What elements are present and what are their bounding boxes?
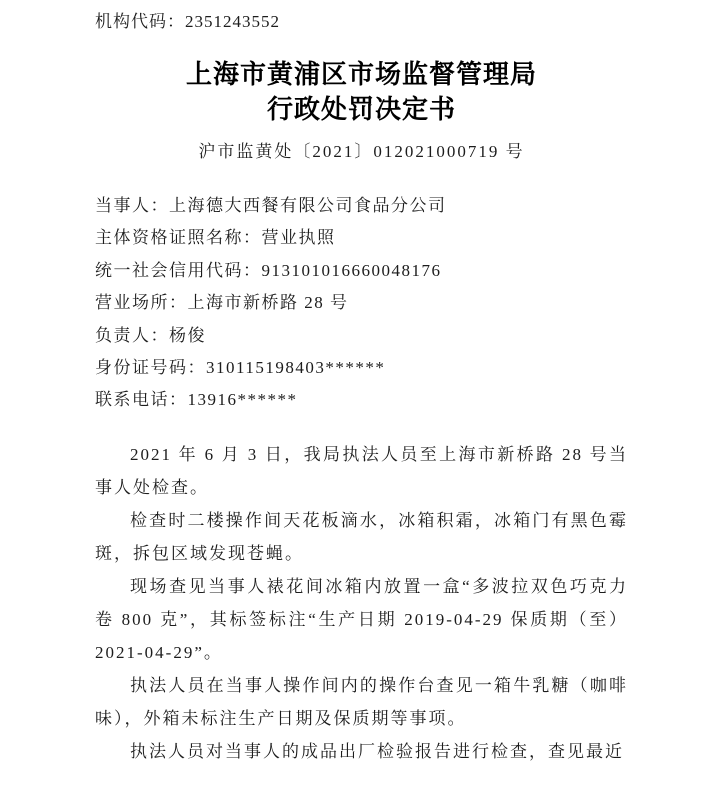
party-field-phone: 联系电话：13916****** <box>95 384 628 416</box>
party-field-id-number: 身份证号码：310115198403****** <box>95 352 628 384</box>
document-body: 2021 年 6 月 3 日，我局执法人员至上海市新桥路 28 号当事人处检查。… <box>95 438 628 768</box>
party-field-credit-code-label: 统一社会信用代码： <box>95 261 262 280</box>
document-title-line1: 上海市黄浦区市场监督管理局 <box>95 57 628 92</box>
party-field-business-address-label: 营业场所： <box>95 293 188 312</box>
body-paragraph-inspection-reports: 执法人员对当事人的成品出厂检验报告进行检查，查见最近 <box>95 735 628 768</box>
party-field-credit-code: 统一社会信用代码：913101016660048176 <box>95 255 628 287</box>
body-paragraph-site-conditions: 检查时二楼操作间天花板滴水，冰箱积霜，冰箱门有黑色霉斑，拆包区域发现苍蝇。 <box>95 504 628 570</box>
party-field-name-value: 上海德大西餐有限公司食品分公司 <box>169 196 447 215</box>
party-field-license-type: 主体资格证照名称：营业执照 <box>95 222 628 254</box>
document-title: 上海市黄浦区市场监督管理局 行政处罚决定书 <box>95 57 628 127</box>
party-field-credit-code-value: 913101016660048176 <box>262 261 442 280</box>
body-paragraph-unlabeled-box: 执法人员在当事人操作间内的操作台查见一箱牛乳糖（咖啡味），外箱未标注生产日期及保… <box>95 669 628 735</box>
org-code-value: 2351243552 <box>185 12 280 31</box>
org-code-line: 机构代码：2351243552 <box>95 12 628 32</box>
document-number: 沪市监黄处〔2021〕012021000719 号 <box>95 140 628 164</box>
party-field-phone-label: 联系电话： <box>95 390 188 409</box>
party-info-section: 当事人：上海德大西餐有限公司食品分公司 主体资格证照名称：营业执照 统一社会信用… <box>95 190 628 417</box>
party-field-name: 当事人：上海德大西餐有限公司食品分公司 <box>95 190 628 222</box>
party-field-license-type-value: 营业执照 <box>262 228 336 247</box>
body-paragraph-inspection-date: 2021 年 6 月 3 日，我局执法人员至上海市新桥路 28 号当事人处检查。 <box>95 438 628 504</box>
party-field-responsible-person: 负责人：杨俊 <box>95 320 628 352</box>
body-paragraph-expired-product: 现场查见当事人裱花间冰箱内放置一盒“多波拉双色巧克力卷 800 克”，其标签标注… <box>95 570 628 669</box>
party-field-phone-value: 13916****** <box>188 390 298 409</box>
party-field-id-number-label: 身份证号码： <box>95 358 206 377</box>
party-field-license-type-label: 主体资格证照名称： <box>95 228 262 247</box>
party-field-responsible-person-value: 杨俊 <box>169 326 206 345</box>
document-title-line2: 行政处罚决定书 <box>95 92 628 127</box>
party-field-business-address-value: 上海市新桥路 28 号 <box>188 293 349 312</box>
penalty-decision-document: 机构代码：2351243552 上海市黄浦区市场监督管理局 行政处罚决定书 沪市… <box>0 0 716 788</box>
party-field-id-number-value: 310115198403****** <box>206 358 385 377</box>
party-field-business-address: 营业场所：上海市新桥路 28 号 <box>95 287 628 319</box>
party-field-name-label: 当事人： <box>95 196 169 215</box>
party-field-responsible-person-label: 负责人： <box>95 326 169 345</box>
org-code-label: 机构代码： <box>95 12 185 31</box>
